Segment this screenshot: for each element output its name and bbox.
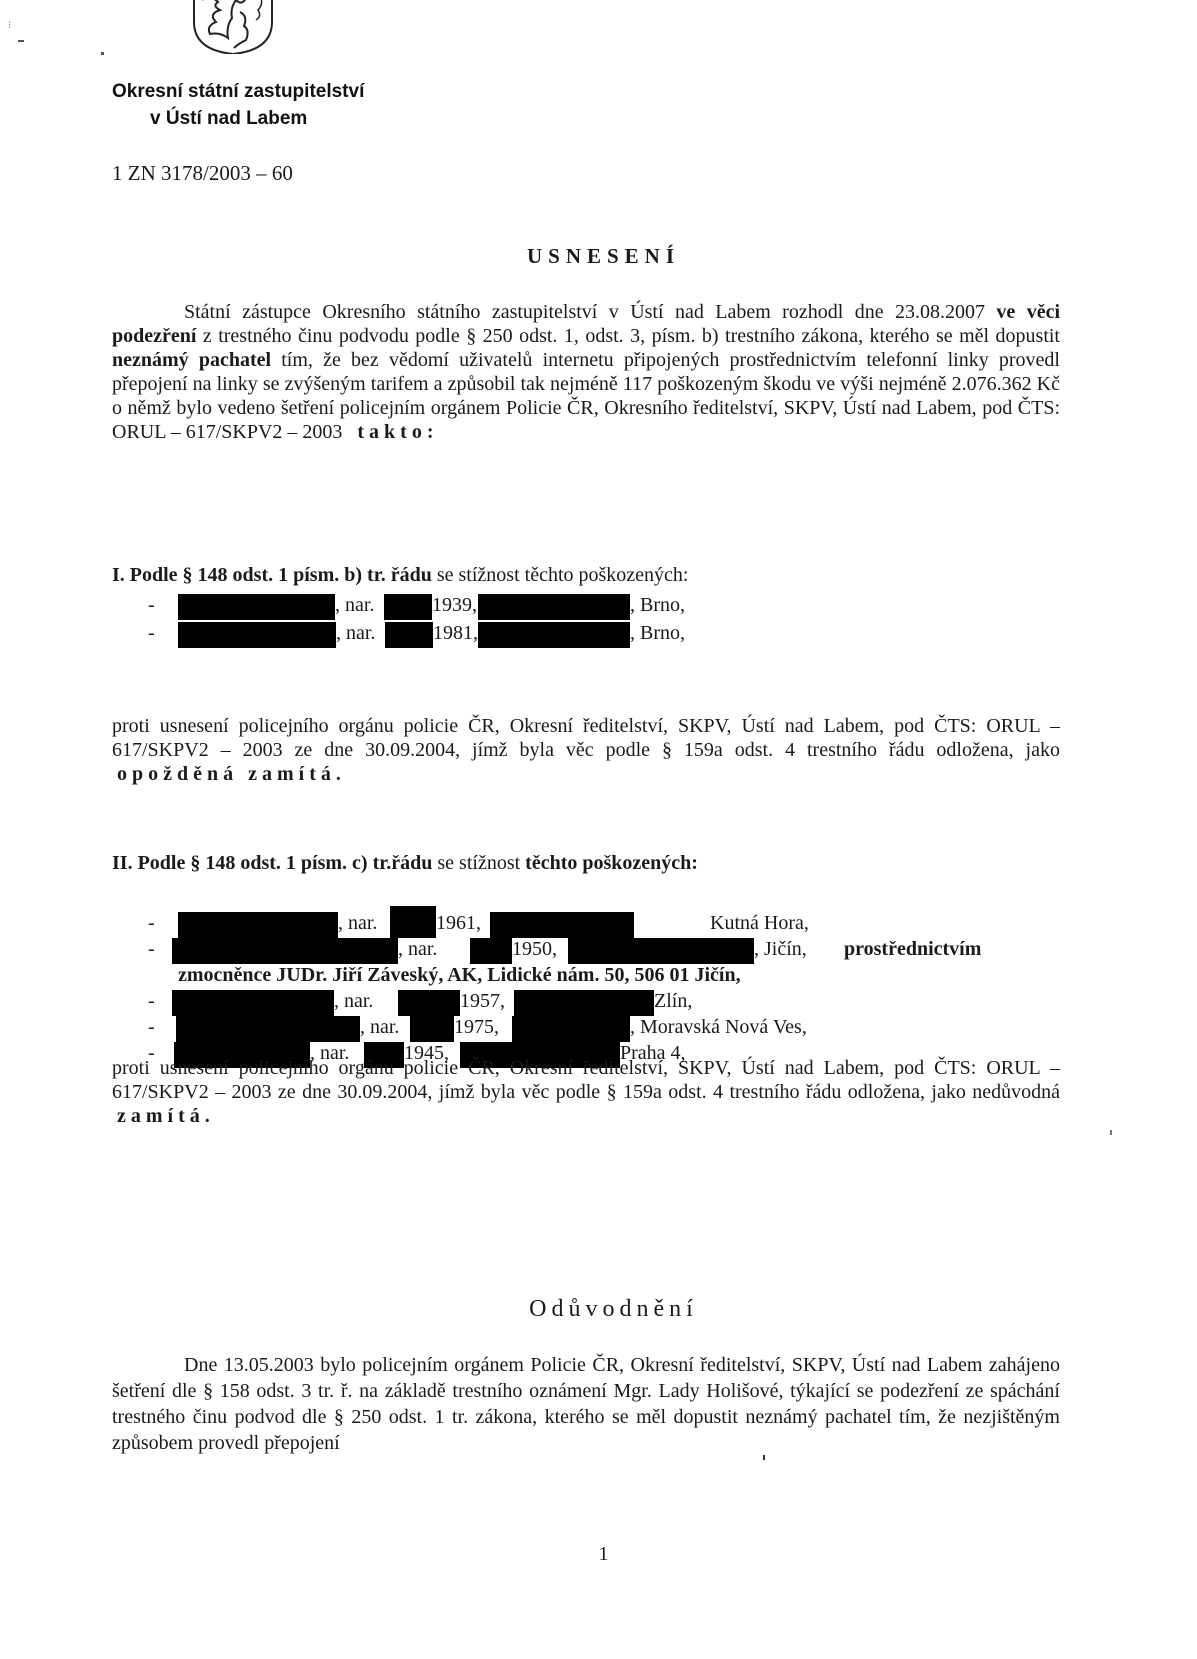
city: , Moravská Nová Ves, <box>630 1016 807 1039</box>
intro-takto: takto: <box>357 421 438 443</box>
redacted-name <box>172 990 334 1016</box>
birth-year: 1950, <box>512 938 557 961</box>
reasoning-paragraph: Dne 13.05.2003 bylo policejním orgánem P… <box>112 1352 1060 1456</box>
list-item: - , nar. 1950, , Jičín, prostřednictvím <box>148 938 1068 964</box>
bullet-dash: - <box>148 990 155 1013</box>
section-1-heading-bold: I. Podle § 148 odst. 1 písm. b) tr. řádu <box>112 564 432 586</box>
document-title: USNESENÍ <box>0 244 1197 269</box>
section-1-body: proti usnesení policejního orgánu polici… <box>112 714 1060 786</box>
attorney-info: zmocněnce JUDr. Jiří Záveský, AK, Lidick… <box>178 964 741 987</box>
city: , Brno, <box>630 622 685 645</box>
bullet-dash: - <box>148 1016 155 1039</box>
redacted-name <box>178 912 338 938</box>
birth-label: , nar. <box>398 938 437 961</box>
city: , Brno, <box>630 594 685 617</box>
case-reference: 1 ZN 3178/2003 – 60 <box>112 161 293 186</box>
bullet-dash: - <box>148 594 155 617</box>
scan-speck <box>101 52 104 55</box>
birth-year: 1961, <box>436 912 481 935</box>
office-name: Okresní státní zastupitelství v Ústí nad… <box>112 78 364 132</box>
redacted-name <box>178 594 335 620</box>
city: , Jičín, <box>754 938 807 961</box>
redacted-date <box>398 990 460 1016</box>
redacted-date <box>385 622 433 648</box>
section-2-heading-bold: II. Podle § 148 odst. 1 písm. c) tr.řádu <box>112 852 432 874</box>
redacted-name <box>178 622 336 648</box>
redacted-address <box>512 1016 630 1042</box>
scan-speck <box>1110 1130 1112 1135</box>
section-1-verdict: opožděná zamítá. <box>117 763 346 785</box>
redacted-address <box>568 938 754 964</box>
birth-year: 1957, <box>460 990 505 1013</box>
redacted-date <box>410 1016 454 1042</box>
office-line-1: Okresní státní zastupitelství <box>112 78 364 105</box>
intro-text: Státní zástupce Okresního státního zastu… <box>184 301 996 323</box>
intro-bold-2: neznámý pachatel <box>112 349 271 371</box>
redacted-address <box>478 594 630 620</box>
intro-paragraph: Státní zástupce Okresního státního zastu… <box>112 300 1060 444</box>
bullet-dash: - <box>148 622 155 645</box>
birth-label: , nar. <box>334 990 373 1013</box>
redacted-date <box>470 938 512 964</box>
via-label: prostřednictvím <box>844 938 981 961</box>
city: Zlín, <box>654 990 692 1013</box>
birth-label: , nar. <box>360 1016 399 1039</box>
section-2-verdict: zamítá. <box>117 1105 215 1127</box>
state-emblem-icon <box>190 0 276 54</box>
redacted-date <box>384 594 432 620</box>
redacted-name <box>172 938 398 964</box>
birth-year: 1975, <box>454 1016 499 1039</box>
office-line-2: v Ústí nad Labem <box>112 105 364 132</box>
birth-year: 1939, <box>432 594 477 617</box>
scan-speck <box>763 1455 765 1460</box>
section-1-heading-rest: se stížnost těchto poškozených: <box>432 564 689 586</box>
section-2-body-text: proti usnesení policejního orgánu polici… <box>112 1057 1060 1103</box>
scan-speck: ⁝ <box>8 20 11 31</box>
section-2-heading: II. Podle § 148 odst. 1 písm. c) tr.řádu… <box>112 852 698 875</box>
page-number: 1 <box>0 1543 1197 1566</box>
section-2-body: proti usnesení policejního orgánu polici… <box>112 1056 1060 1128</box>
redacted-address <box>514 990 654 1016</box>
redacted-name <box>176 1016 360 1042</box>
intro-text-2: z trestného činu podvodu podle § 250 ods… <box>196 325 1060 347</box>
redacted-address <box>490 912 634 938</box>
reasoning-text: Dne 13.05.2003 bylo policejním orgánem P… <box>112 1354 1060 1454</box>
birth-label: , nar. <box>338 912 377 935</box>
redacted-address <box>478 622 630 648</box>
section-1-body-text: proti usnesení policejního orgánu polici… <box>112 715 1060 761</box>
bullet-dash: - <box>148 912 155 935</box>
birth-label: , nar. <box>335 594 374 617</box>
birth-label: , nar. <box>336 622 375 645</box>
city: Kutná Hora, <box>710 912 809 935</box>
scan-speck <box>18 40 24 42</box>
section-2-heading-bold-2: těchto poškozených: <box>525 852 698 874</box>
redacted-date <box>390 906 436 938</box>
bullet-dash: - <box>148 938 155 961</box>
birth-year: 1981, <box>433 622 478 645</box>
section-1-heading: I. Podle § 148 odst. 1 písm. b) tr. řádu… <box>112 564 688 587</box>
section-2-heading-mid: se stížnost <box>432 852 525 874</box>
reasoning-title: Odůvodnění <box>0 1296 1197 1323</box>
